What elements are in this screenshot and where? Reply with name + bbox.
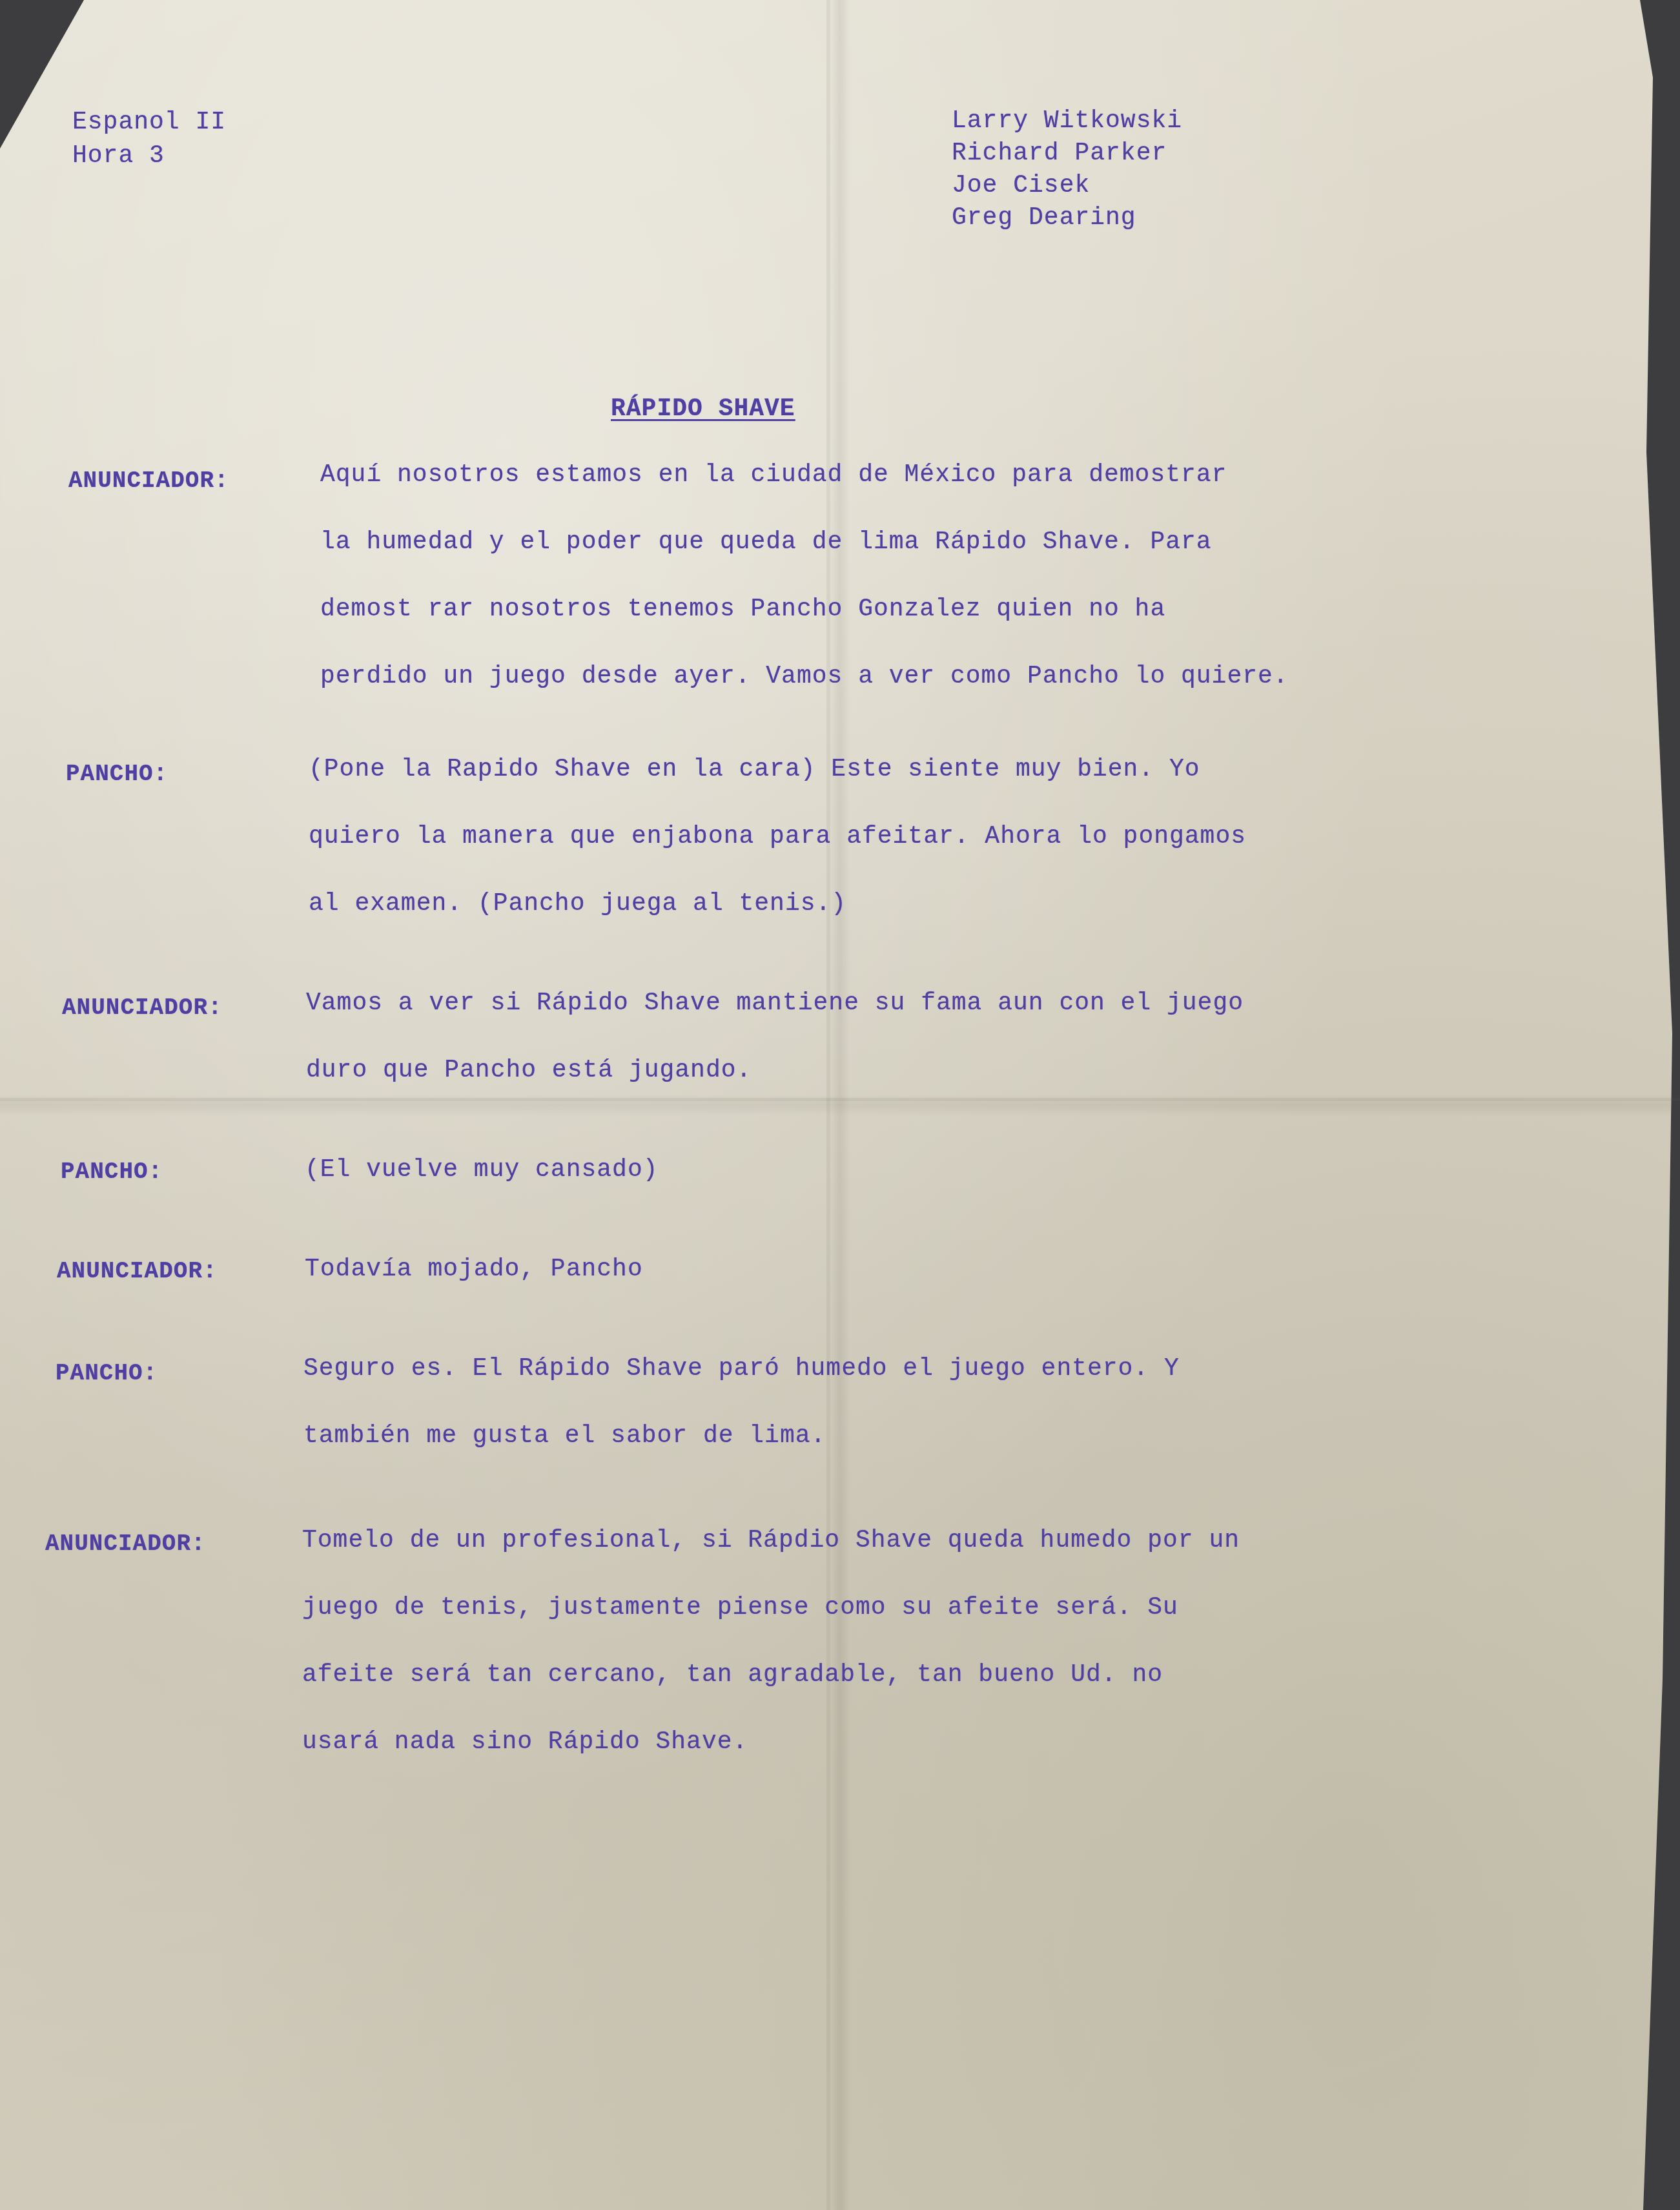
dialogue-line: duro que Pancho está jugando. (306, 1037, 1244, 1104)
speaker-label: ANUNCIADOR: (68, 468, 229, 494)
dialogue-line: demost rar nosotros tenemos Pancho Gonza… (320, 576, 1289, 643)
dialogue-block: (El vuelve muy cansado) (305, 1137, 659, 1204)
speaker-label: PANCHO: (66, 761, 168, 787)
dialogue-line: Vamos a ver si Rápido Shave mantiene su … (306, 970, 1244, 1037)
dialogue-block: (Pone la Rapido Shave en la cara) Este s… (309, 736, 1246, 938)
dialogue-line: (El vuelve muy cansado) (305, 1137, 659, 1204)
dialogue-line: la humedad y el poder que queda de lima … (320, 509, 1289, 576)
dialogue-line: Seguro es. El Rápido Shave paró humedo e… (303, 1336, 1180, 1403)
dialogue-line: Todavía mojado, Pancho (305, 1236, 643, 1303)
dialogue-line: Aquí nosotros estamos en la ciudad de Mé… (320, 442, 1289, 509)
speaker-label: ANUNCIADOR: (57, 1258, 218, 1285)
dialogue-block: Seguro es. El Rápido Shave paró humedo e… (303, 1336, 1180, 1470)
author-name: Richard Parker (952, 139, 1167, 167)
dialogue-line: usará nada sino Rápido Shave. (302, 1709, 1240, 1776)
dialogue-line: quiero la manera que enjabona para afeit… (309, 803, 1246, 871)
speaker-label: ANUNCIADOR: (62, 995, 223, 1021)
dialogue-block: Tomelo de un profesional, si Rápdio Shav… (302, 1507, 1240, 1776)
typed-paper-sheet (0, 0, 1680, 2210)
speaker-label: PANCHO: (56, 1360, 158, 1387)
dialogue-line: también me gusta el sabor de lima. (303, 1403, 1180, 1470)
course-label: Espanol II (72, 108, 226, 136)
dialogue-line: al examen. (Pancho juega al tenis.) (309, 871, 1246, 938)
dialogue-line: juego de tenis, justamente piense como s… (302, 1575, 1240, 1642)
dialogue-line: (Pone la Rapido Shave en la cara) Este s… (309, 736, 1246, 803)
vertical-fold-crease (826, 0, 830, 2210)
speaker-label: PANCHO: (61, 1159, 163, 1185)
document-title: RÁPIDO SHAVE (611, 395, 795, 423)
dialogue-line: afeite será tan cercano, tan agradable, … (302, 1642, 1240, 1709)
dialogue-block: Aquí nosotros estamos en la ciudad de Mé… (320, 442, 1289, 710)
author-name: Larry Witkowski (952, 107, 1182, 135)
speaker-label: ANUNCIADOR: (45, 1531, 206, 1557)
dialogue-block: Vamos a ver si Rápido Shave mantiene su … (306, 970, 1244, 1104)
dialogue-line: Tomelo de un profesional, si Rápdio Shav… (302, 1507, 1240, 1575)
author-name: Greg Dearing (952, 204, 1136, 232)
author-name: Joe Cisek (952, 172, 1090, 200)
dialogue-line: perdido un juego desde ayer. Vamos a ver… (320, 643, 1289, 710)
period-label: Hora 3 (72, 142, 165, 170)
dialogue-block: Todavía mojado, Pancho (305, 1236, 643, 1303)
